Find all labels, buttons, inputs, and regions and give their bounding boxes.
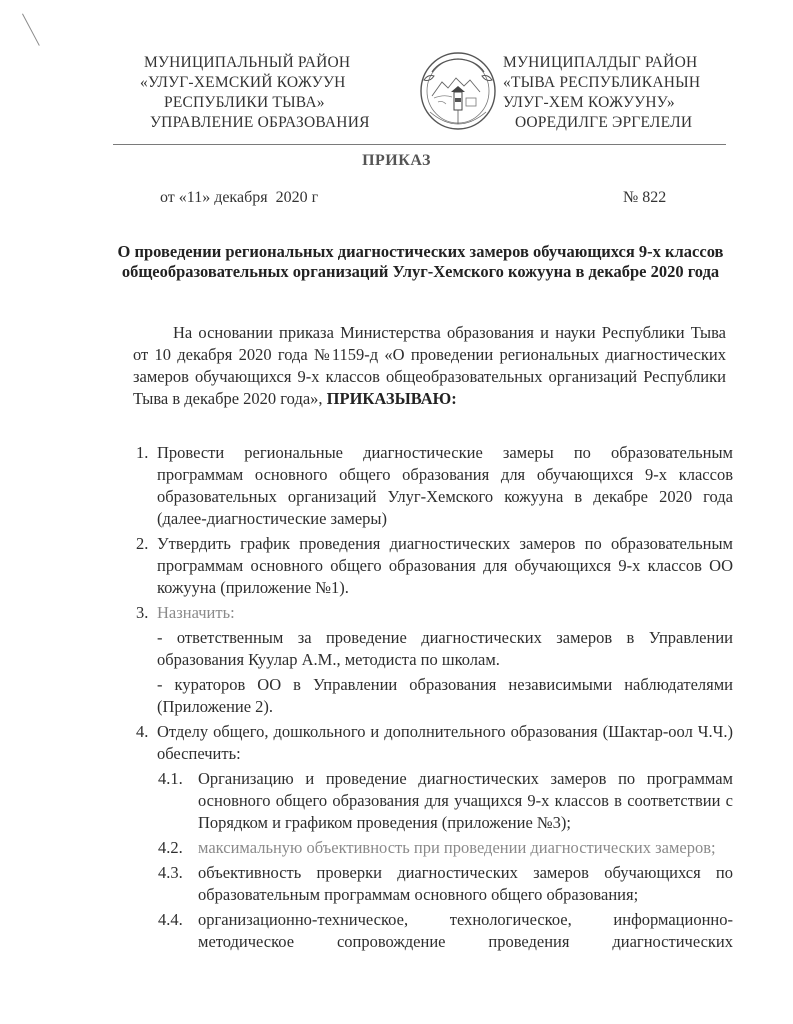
subitem-text: Организацию и проведение диагностических… [198, 768, 733, 834]
subitem-number: 4.3. [158, 862, 183, 884]
order-item-2: 2. Утвердить график проведения диагности… [133, 533, 733, 599]
order-item-4: 4. Отделу общего, дошкольного и дополнит… [133, 721, 733, 765]
header-right-line: ООРЕДИЛГЕ ЭРГЕЛЕЛИ [503, 113, 763, 133]
preamble-paragraph: На основании приказа Министерства образо… [133, 322, 726, 410]
subitem-text: организационно-техническое, технологичес… [198, 909, 733, 953]
header-divider [113, 144, 726, 145]
item-number: 1. [136, 442, 148, 464]
order-subitem-4-3: 4.3. объективность проверки диагностичес… [133, 862, 733, 906]
order-subitem-4-4: 4.4. организационно-техническое, техноло… [133, 909, 733, 953]
header-right-tuvan: МУНИЦИПАЛДЫГ РАЙОН «ТЫВА РЕСПУБЛИКАНЫН У… [503, 53, 763, 133]
assignee-line: - кураторов ОО в Управлении образования … [157, 674, 733, 718]
preamble-order-word: ПРИКАЗЫВАЮ: [327, 389, 457, 408]
document-type: ПРИКАЗ [0, 152, 793, 170]
document-title: О проведении региональных диагностически… [113, 242, 728, 282]
order-items-list: 1. Провести региональные диагностические… [133, 442, 733, 953]
order-subitem-4-1: 4.1. Организацию и проведение диагностич… [133, 768, 733, 834]
item-text: Провести региональные диагностические за… [157, 442, 733, 530]
item-text: Утвердить график проведения диагностичес… [157, 533, 733, 599]
item-text: Назначить: [157, 602, 733, 624]
header-right-line: УЛУГ-ХЕМ КОЖУУНУ» [503, 93, 763, 113]
document-number: № 822 [623, 189, 666, 207]
subitem-text: максимальную объективность при проведени… [198, 837, 733, 859]
item-number: 4. [136, 721, 148, 743]
subitem-number: 4.1. [158, 768, 183, 790]
item-number: 3. [136, 602, 148, 624]
item-number: 2. [136, 533, 148, 555]
header-left-line: МУНИЦИПАЛЬНЫЙ РАЙОН [140, 53, 380, 73]
document-date: от «11» декабря 2020 г [160, 189, 318, 207]
header-right-line: «ТЫВА РЕСПУБЛИКАНЫН [503, 73, 763, 93]
assignee-line: - ответственным за проведение диагностич… [157, 627, 733, 671]
district-emblem-icon [418, 50, 498, 132]
header-left-line: УПРАВЛЕНИЕ ОБРАЗОВАНИЯ [140, 113, 380, 133]
header-left-line: РЕСПУБЛИКИ ТЫВА» [140, 93, 380, 113]
order-subitem-4-2: 4.2. максимальную объективность при пров… [133, 837, 733, 859]
order-item-1: 1. Провести региональные диагностические… [133, 442, 733, 530]
header-right-line: МУНИЦИПАЛДЫГ РАЙОН [503, 53, 763, 73]
subitem-number: 4.4. [158, 909, 183, 931]
scan-mark [22, 14, 40, 46]
subitem-text: объективность проверки диагностических з… [198, 862, 733, 906]
header-left-russian: МУНИЦИПАЛЬНЫЙ РАЙОН «УЛУГ-ХЕМСКИЙ КОЖУУН… [140, 53, 380, 133]
header-left-line: «УЛУГ-ХЕМСКИЙ КОЖУУН [140, 73, 380, 93]
order-item-3: 3. Назначить: - ответственным за проведе… [133, 602, 733, 718]
subitem-number: 4.2. [158, 837, 183, 859]
item-text: Отделу общего, дошкольного и дополнитель… [157, 721, 733, 765]
